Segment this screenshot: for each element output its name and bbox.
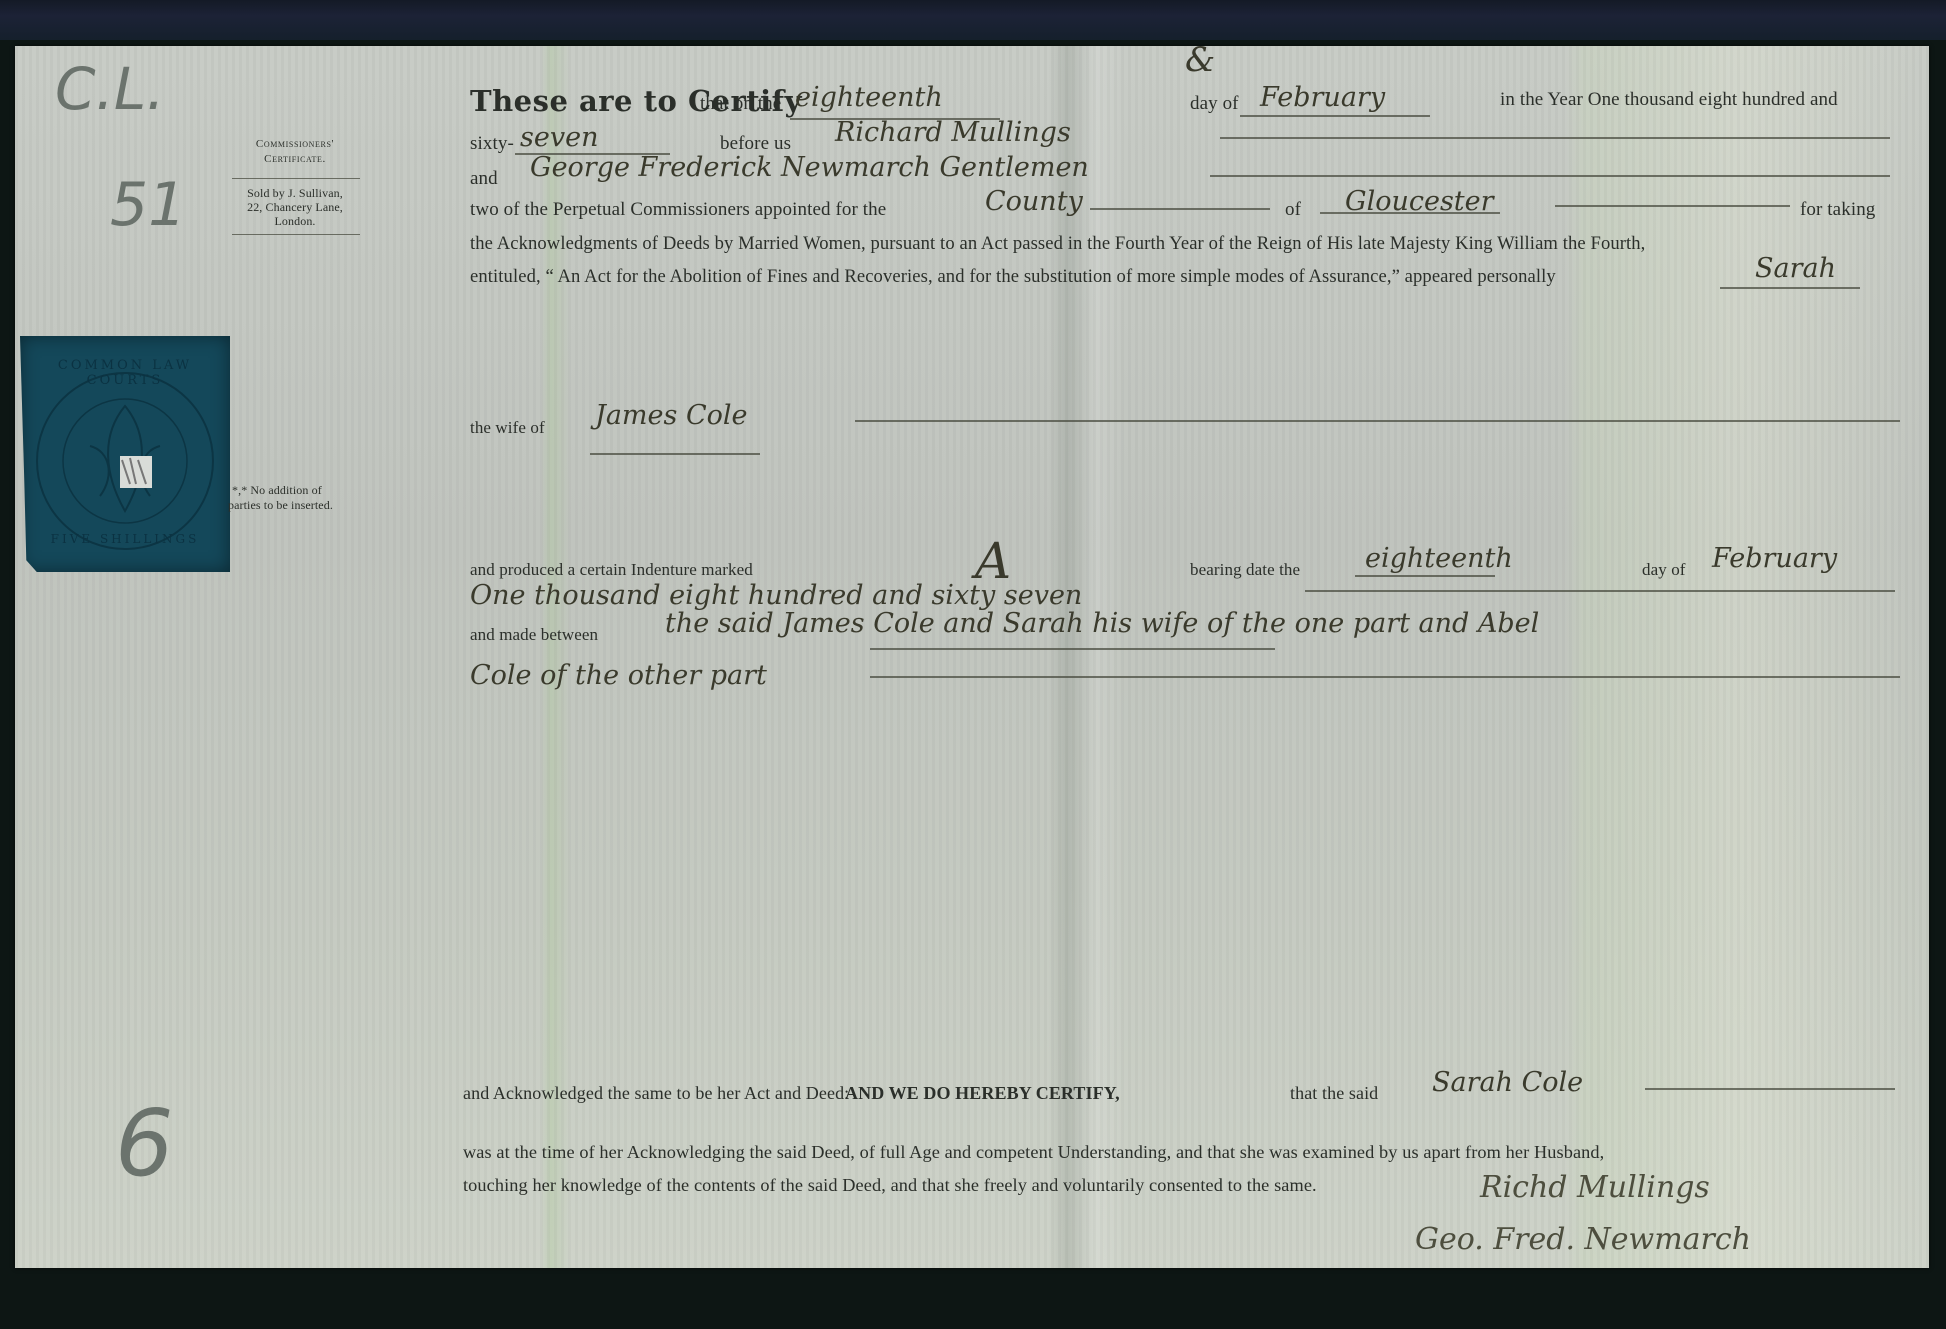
pencil-reference-number: 51 (110, 170, 186, 240)
form-title-line-2: Certificate. (220, 153, 370, 165)
line8-text-a: and produced a certain Indenture marked (470, 560, 753, 580)
line3-text-a: and (470, 168, 498, 190)
handwritten-month: February (1260, 82, 1385, 113)
handwritten-wife-name: Sarah (1755, 253, 1836, 284)
line4-text-c: for taking (1800, 199, 1875, 221)
parties-rule (870, 676, 1900, 678)
parties-underline (870, 648, 1275, 650)
line5-act-reference: the Acknowledgments of Deeds by Married … (470, 233, 1645, 255)
margin-note-line-2: parties to be inserted. (228, 498, 333, 513)
wife-name-underline (1720, 287, 1860, 289)
handwritten-indenture-month: February (1712, 543, 1837, 574)
commissioner-1-rule (1220, 137, 1890, 139)
acknowledger-rule (1645, 1088, 1895, 1090)
handwritten-year: seven (520, 122, 598, 153)
line12-text-a: and Acknowledged the same to be her Act … (463, 1083, 849, 1104)
line1-text-a: that on the (700, 93, 781, 115)
handwritten-husband: James Cole (595, 400, 747, 431)
indenture-year-rule (1305, 590, 1895, 592)
line2-text-a: sixty- (470, 133, 514, 155)
handwritten-day: eighteenth (795, 82, 943, 113)
handwritten-commissioner-2: George Frederick Newmarch Gentlemen (530, 152, 1089, 183)
division-rule (1090, 208, 1270, 210)
line4-text-a: two of the Perpetual Commissioners appoi… (470, 199, 886, 221)
seal-top-text: COMMON LAW COURTS (20, 358, 230, 388)
husband-rule (855, 420, 1900, 422)
line7-text-a: the wife of (470, 418, 545, 438)
handwritten-parties-line-1: the said James Cole and Sarah his wife o… (665, 608, 1539, 639)
line13-examination-text: was at the time of her Acknowledging the… (463, 1142, 1604, 1163)
line8-text-c: day of (1642, 560, 1686, 580)
handwritten-division: County (985, 186, 1083, 217)
signature-commissioner-2: Geo. Fred. Newmarch (1415, 1222, 1751, 1257)
indenture-day-underline (1355, 575, 1495, 577)
line4-text-b: of (1285, 199, 1301, 221)
handwritten-indenture-day: eighteenth (1365, 543, 1513, 574)
duty-stamp-seal: COMMON LAW COURTS FIVE SHILLINGS (20, 336, 230, 572)
line1-text-c: in the Year One thousand eight hundred a… (1500, 89, 1838, 111)
signature-commissioner-1: Richd Mullings (1480, 1170, 1710, 1205)
pencil-reference-cl: C.L. (55, 55, 165, 123)
line6-act-title: entituled, “ An Act for the Abolition of… (470, 266, 1556, 288)
line12-text-c: that the said (1290, 1083, 1378, 1104)
commissioner-2-rule (1210, 175, 1890, 177)
handwritten-commissioner-1: Richard Mullings (835, 117, 1071, 148)
margin-note-line-1: *,* No addition of (232, 483, 322, 498)
scanner-background-band (0, 0, 1946, 40)
form-title-line-1: Commissioners' (220, 138, 370, 150)
line12-certify-clause: AND WE DO HEREBY CERTIFY, (845, 1083, 1120, 1104)
husband-underline (590, 453, 760, 455)
place-rule (1555, 205, 1790, 207)
handwritten-acknowledger-name: Sarah Cole (1432, 1067, 1583, 1098)
month-underline (1240, 115, 1430, 117)
handwritten-parties-line-2: Cole of the other part (470, 660, 767, 691)
line8-text-b: bearing date the (1190, 560, 1300, 580)
line1-text-b: day of (1190, 93, 1239, 115)
place-underline (1320, 212, 1500, 214)
seal-bottom-text: FIVE SHILLINGS (20, 532, 230, 546)
seller-line-2: 22, Chancery Lane, (220, 200, 370, 215)
imprint-divider-bottom (232, 234, 360, 235)
pencil-page-number: 6 (115, 1090, 174, 1197)
handwritten-indenture-year: One thousand eight hundred and sixty sev… (470, 580, 1082, 611)
seller-line-1: Sold by J. Sullivan, (220, 186, 370, 201)
seller-line-3: London. (220, 214, 370, 229)
handwritten-correction: & (1185, 40, 1215, 80)
line10-text-a: and made between (470, 625, 598, 645)
imprint-divider-top (232, 178, 360, 179)
line14-consent-text: touching her knowledge of the contents o… (463, 1175, 1317, 1196)
